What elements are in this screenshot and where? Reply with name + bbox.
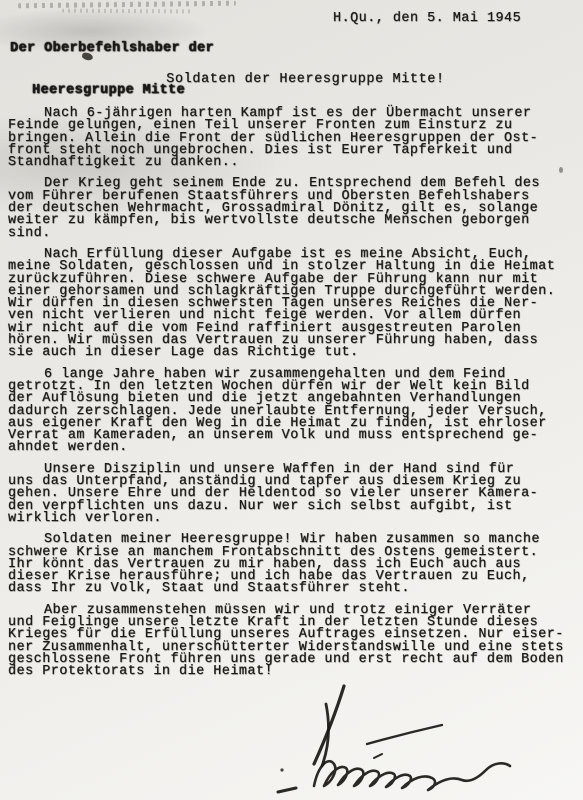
signature-dot <box>280 768 283 771</box>
scan-smudge-artifact <box>18 1 236 9</box>
signature-stroke <box>278 788 296 792</box>
signature-stroke <box>374 754 382 758</box>
scan-smudge-artifact <box>62 9 192 14</box>
signature-stroke <box>367 725 442 744</box>
paragraph-1: Nach 6-jährigen harten Kampf ist es der … <box>8 108 579 169</box>
signature-image: Schörner <box>272 678 532 796</box>
letterhead-line1: Der Oberbefehlshaber der <box>10 42 214 56</box>
letter-body: Nach 6-jährigen harten Kampf ist es der … <box>8 108 579 687</box>
handwritten-signature: Schörner <box>272 678 532 796</box>
scanned-letter-page: Der Oberbefehlshaber der Heeresgruppe Mi… <box>0 0 583 800</box>
paragraph-7: Aber zusammenstehen müssen wir und trotz… <box>8 605 579 679</box>
paragraph-5: Unsere Disziplin und unsere Waffen in de… <box>8 464 579 525</box>
paragraph-6: Soldaten meiner Heeresgruppe! Wir haben … <box>8 534 579 595</box>
dateline: H.Qu., den 5. Mai 1945 <box>333 13 521 25</box>
paragraph-2: Der Krieg geht seinem Ende zu. Entsprech… <box>8 178 579 239</box>
paragraph-3: Nach Erfüllung dieser Aufgabe ist es mei… <box>8 249 579 360</box>
paragraph-4: 6 lange Jahre haben wir zusammengehalten… <box>8 369 579 455</box>
salutation: Soldaten der Heeresgruppe Mitte! <box>14 74 583 86</box>
signature-stroke <box>314 761 510 790</box>
